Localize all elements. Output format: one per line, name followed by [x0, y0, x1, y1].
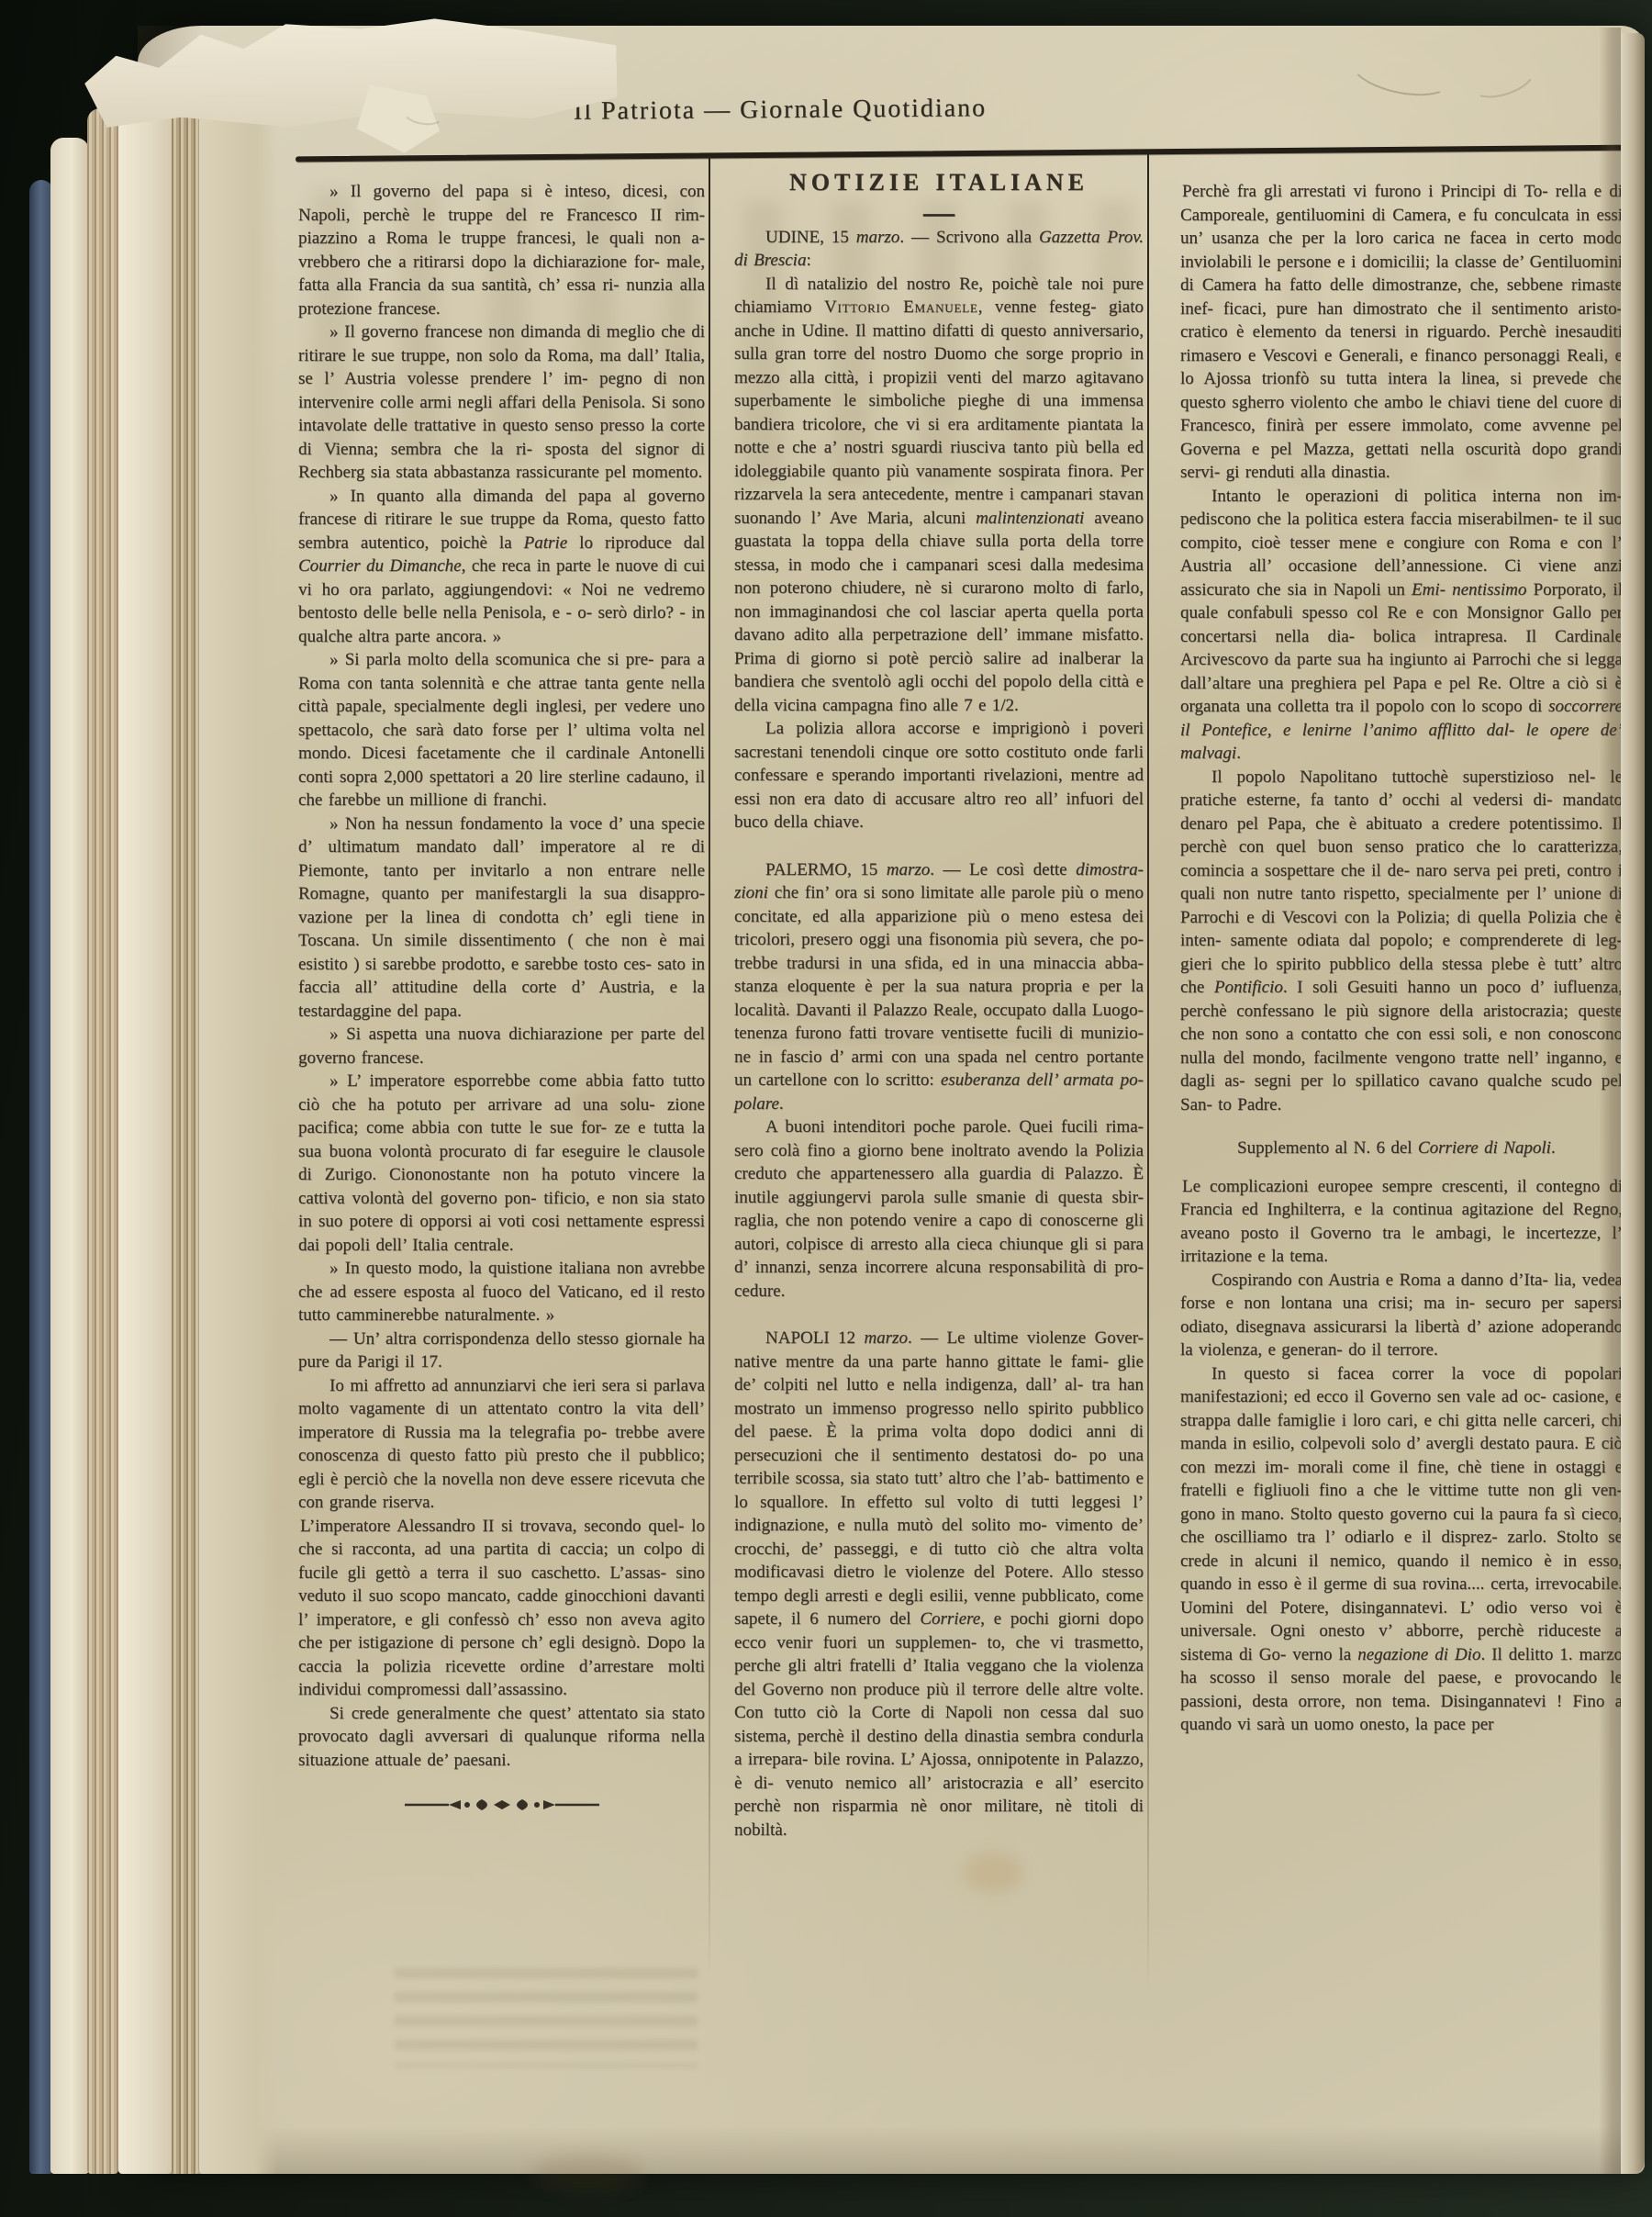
dateline-paragraph: NAPOLI 12 marzo. — Le ultime violenze Go…	[734, 1327, 1144, 1842]
paragraph: » Il governo francese non dimanda di meg…	[298, 320, 705, 485]
paragraph: » In quanto alla dimanda del papa al gov…	[298, 485, 705, 649]
page-bottom-shadow	[138, 2126, 1645, 2174]
paragraph: Cospirando con Austria e Roma a danno d’…	[1180, 1269, 1623, 1362]
dateline-paragraph: UDINE, 15 marzo. — Scrivono alla Gazzett…	[734, 226, 1144, 273]
column-divider	[1147, 152, 1149, 1994]
scanned-newspaper-photo: Il Patriota — Giornale Quotidiano » Il g…	[0, 0, 1652, 2217]
paragraph: Perchè fra gli arrestati vi furono i Pri…	[1180, 180, 1623, 485]
paragraph: In questo si facea correr la voce di pop…	[1180, 1362, 1623, 1737]
paragraph: Le complicazioni europee sempre crescent…	[1180, 1175, 1623, 1269]
facing-page-edge	[1621, 33, 1645, 2174]
column-left: » Il governo del papa si è inteso, dices…	[298, 180, 705, 1812]
paragraph: Si crede generalmente che quest’ attenta…	[298, 1702, 705, 1773]
paragraph: Io mi affretto ad annunziarvi che ieri s…	[298, 1374, 705, 1515]
column-center-text: UDINE, 15 marzo. — Scrivono alla Gazzett…	[734, 226, 1144, 1842]
paragraph: » Si aspetta una nuova dichiarazione per…	[298, 1023, 705, 1069]
dateline-paragraph: PALERMO, 15 marzo. — Le così dette dimos…	[734, 858, 1144, 1116]
paragraph: Supplemento al N. 6 del Corriere di Napo…	[1180, 1136, 1623, 1160]
page-edge-stack	[50, 138, 89, 2174]
section-heading-dash: —	[734, 206, 1144, 226]
column-divider	[709, 156, 710, 1979]
paragraph: » Non ha nessun fondamento la voce d’ un…	[298, 812, 705, 1024]
page-edge-striations	[172, 72, 199, 2174]
column-center: NOTIZIE ITALIANE — UDINE, 15 marzo. — Sc…	[734, 171, 1144, 1842]
newspaper-page: Il Patriota — Giornale Quotidiano » Il g…	[138, 26, 1645, 2174]
paragraph: L’imperatore Alessandro II si trovava, s…	[298, 1515, 705, 1702]
column-left-text: » Il governo del papa si è inteso, dices…	[298, 180, 705, 1772]
masthead-rule	[296, 145, 1641, 162]
paragraph: » Si parla molto della scomunica che si …	[298, 648, 705, 812]
column-right: Perchè fra gli arrestati vi furono i Pri…	[1180, 180, 1623, 1737]
paragraph: » In questo modo, la quistione italiana …	[298, 1257, 705, 1327]
paragraph: » L’ imperatore esporrebbe come abbia fa…	[298, 1069, 705, 1257]
ornament-divider-icon	[403, 1797, 601, 1812]
page-edge-striations	[87, 108, 118, 2174]
paragraph: Intanto le operazioni di politica intern…	[1180, 485, 1623, 766]
column-right-text: Perchè fra gli arrestati vi furono i Pri…	[1180, 180, 1623, 1737]
paragraph: La polizia allora accorse e imprigionò i…	[734, 717, 1144, 834]
paragraph: A buoni intenditori poche parole. Quei f…	[734, 1115, 1144, 1303]
paragraph: » Il governo del papa si è inteso, dices…	[298, 180, 705, 320]
paragraph: Il popolo Napolitano tuttochè superstizi…	[1180, 766, 1623, 1117]
paragraph: — Un’ altra corrispondenza dello stesso …	[298, 1327, 705, 1374]
showthrough-ghost	[395, 1968, 698, 2067]
paragraph: Il dì natalizio del nostro Re, poichè ta…	[734, 273, 1144, 718]
page-edge-stack	[118, 88, 172, 2174]
paper-stain	[964, 1853, 1022, 1893]
section-heading: NOTIZIE ITALIANE	[734, 171, 1144, 195]
page-edge-blend	[199, 61, 278, 2174]
